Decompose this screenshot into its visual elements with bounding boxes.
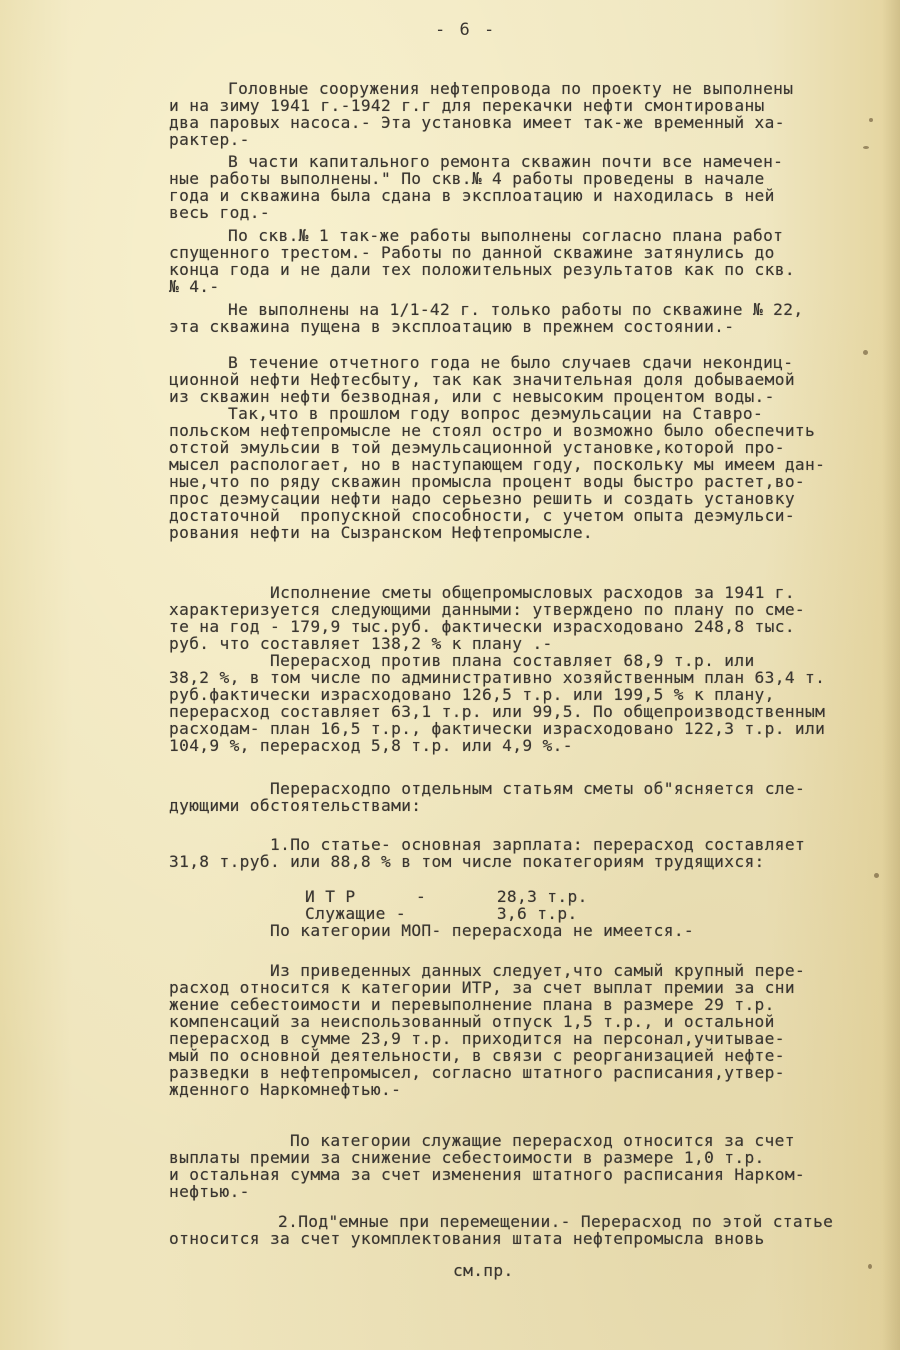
text-line: и остальная сумма за счет изменения штат…: [169, 1166, 805, 1184]
text-line: жденного Наркомнефтью.-: [169, 1081, 401, 1099]
ink-spot: [863, 350, 868, 355]
text-line: относится за счет укомплектования штата …: [169, 1230, 765, 1248]
ink-spot: [868, 1264, 872, 1269]
text-line: рования нефти на Сызранском Нефтепромысл…: [169, 524, 593, 542]
ink-spot: [874, 873, 879, 878]
ink-spot: [869, 118, 873, 122]
text-line: весь год.-: [169, 204, 270, 222]
text-line: конца года и не дали тех положительных р…: [169, 261, 795, 279]
text-line: По категории МОП- перерасхода не имеется…: [270, 922, 694, 940]
text-line: нефтью.-: [169, 1183, 250, 1201]
text-line: № 4.-: [169, 278, 219, 296]
text-line: дующими обстоятельствами:: [169, 797, 421, 815]
text-line: 31,8 т.руб. или 88,8 % в том числе покат…: [169, 853, 765, 871]
document-page: - 6 - Головные сооружения нефтепровода п…: [0, 0, 900, 1350]
page-edge-shadow: [882, 0, 900, 1350]
page-number: - 6 -: [435, 20, 496, 40]
text-line: рактер.-: [169, 131, 250, 149]
continued-note: см.пр.: [453, 1262, 514, 1280]
ink-spot: [863, 146, 869, 149]
text-line: 104,9 %, перерасход 5,8 т.р. или 4,9 %.-: [169, 737, 573, 755]
text-line: эта скважина пущена в эксплоатацию в пре…: [169, 318, 734, 336]
text-line: два паровых насоса.- Эта установка имеет…: [169, 114, 785, 132]
